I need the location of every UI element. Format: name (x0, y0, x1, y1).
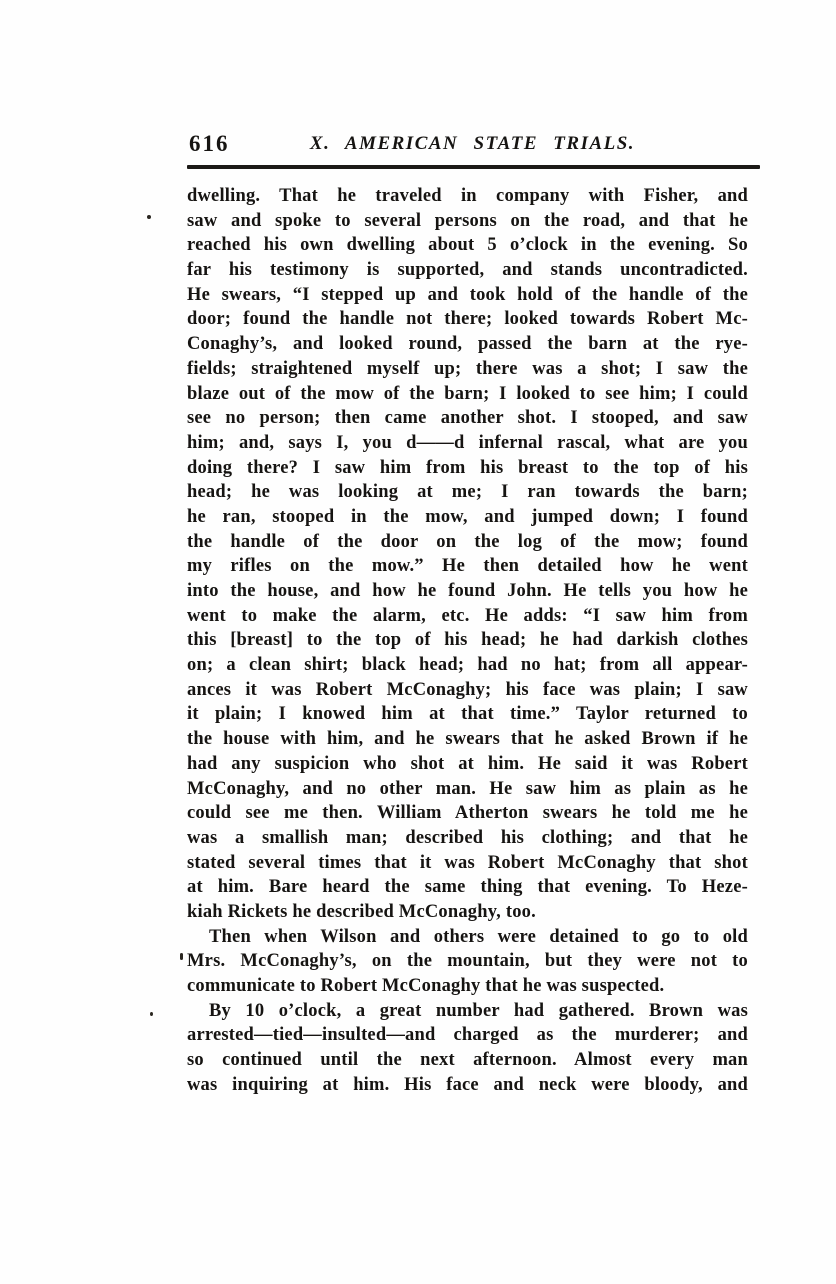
text-line: McConaghy, and no other man. He saw him … (187, 777, 748, 802)
text-line: arrested—tied—insulted—and charged as th… (187, 1023, 748, 1048)
text-line: into the house, and how he found John. H… (187, 579, 748, 604)
text-line: the house with him, and he swears that h… (187, 727, 748, 752)
text-line: communicate to Robert McConaghy that he … (187, 974, 748, 999)
text-line: he ran, stooped in the mow, and jumped d… (187, 505, 748, 530)
text-line: Conaghy’s, and looked round, passed the … (187, 332, 748, 357)
text-line: He swears, “I stepped up and took hold o… (187, 283, 748, 308)
text-line: doing there? I saw him from his breast t… (187, 456, 748, 481)
text-line: at him. Bare heard the same thing that e… (187, 875, 748, 900)
text-line: reached his own dwelling about 5 o’clock… (187, 233, 748, 258)
text-line: on; a clean shirt; black head; had no ha… (187, 653, 748, 678)
text-line: far his testimony is supported, and stan… (187, 258, 748, 283)
text-line: Mrs. McConaghy’s, on the mountain, but t… (187, 949, 748, 974)
text-line: could see me then. William Atherton swea… (187, 801, 748, 826)
text-line: door; found the handle not there; looked… (187, 307, 748, 332)
text-line: head; he was looking at me; I ran toward… (187, 480, 748, 505)
text-line: stated several times that it was Robert … (187, 851, 748, 876)
running-title: X. AMERICAN STATE TRIALS. (187, 133, 758, 155)
scan-artifact (180, 953, 183, 960)
text-line: went to make the alarm, etc. He adds: “I… (187, 604, 748, 629)
text-line: see no person; then came another shot. I… (187, 406, 748, 431)
text-line: By 10 o’clock, a great number had gather… (187, 999, 748, 1024)
text-line: Then when Wilson and others were detaine… (187, 925, 748, 950)
text-line: the handle of the door on the log of the… (187, 530, 748, 555)
text-line: dwelling. That he traveled in company wi… (187, 184, 748, 209)
text-line: had any suspicion who shot at him. He sa… (187, 752, 748, 777)
text-line: it plain; I knowed him at that time.” Ta… (187, 702, 748, 727)
scan-artifact (147, 215, 151, 219)
book-page: 616 X. AMERICAN STATE TRIALS. dwelling. … (0, 0, 836, 1284)
scan-artifact (150, 1012, 153, 1016)
text-line: ances it was Robert McConaghy; his face … (187, 678, 748, 703)
text-line: him; and, says I, you d——d infernal rasc… (187, 431, 748, 456)
text-line: was a smallish man; described his clothi… (187, 826, 748, 851)
text-line: this [breast] to the top of his head; he… (187, 628, 748, 653)
text-line: so continued until the next afternoon. A… (187, 1048, 748, 1073)
text-block: dwelling. That he traveled in company wi… (187, 184, 748, 1097)
text-line: blaze out of the mow of the barn; I look… (187, 382, 748, 407)
page-header: 616 X. AMERICAN STATE TRIALS. (187, 131, 758, 163)
text-line: was inquiring at him. His face and neck … (187, 1073, 748, 1098)
text-line: saw and spoke to several persons on the … (187, 209, 748, 234)
text-line: fields; straightened myself up; there wa… (187, 357, 748, 382)
text-line: my rifles on the mow.” He then detailed … (187, 554, 748, 579)
header-rule (187, 165, 760, 169)
text-line: kiah Rickets he described McConaghy, too… (187, 900, 748, 925)
